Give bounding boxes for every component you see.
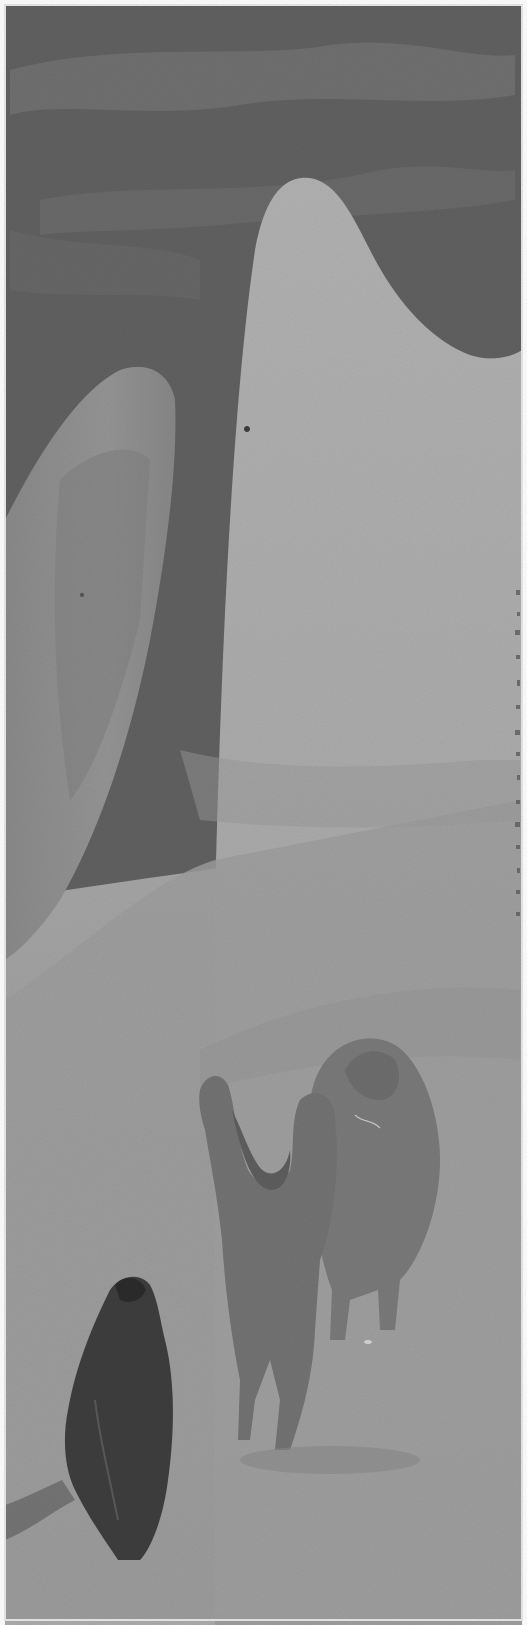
inscription-text (517, 560, 525, 960)
painting-canvas (0, 0, 527, 1625)
